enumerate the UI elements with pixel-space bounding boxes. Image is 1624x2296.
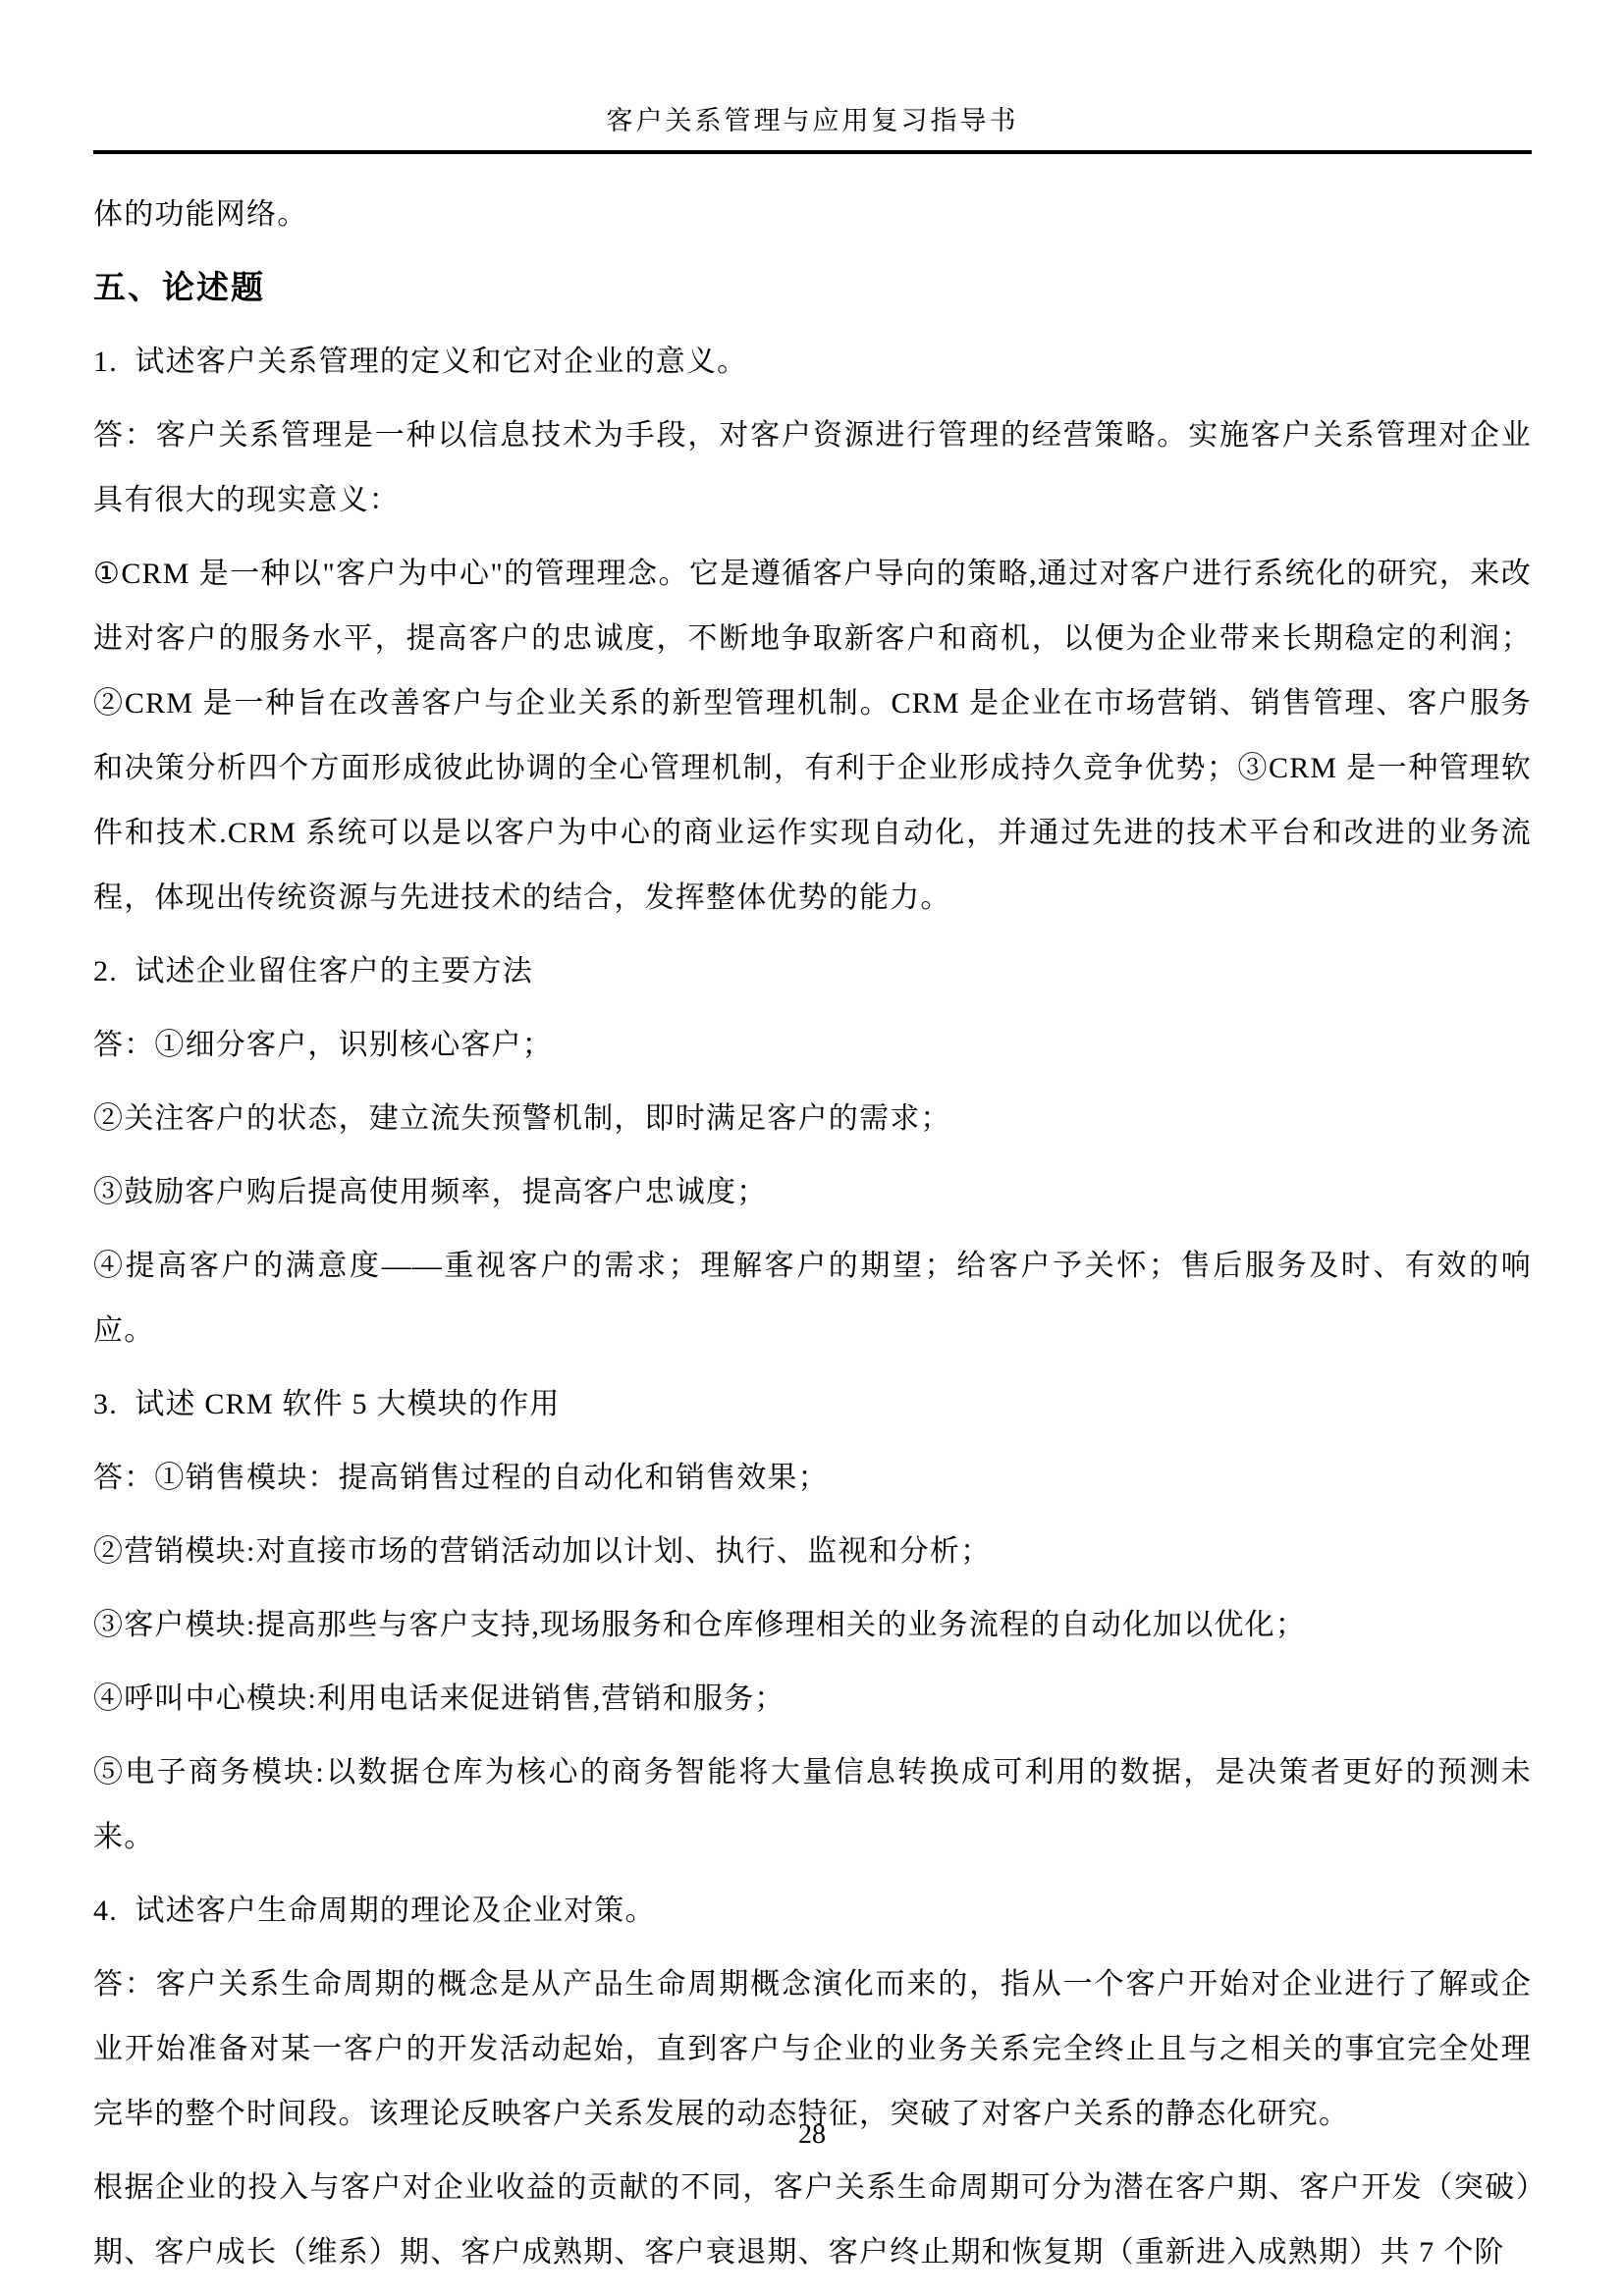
question-3: 3. 试述 CRM 软件 5 大模块的作用 (93, 1372, 1532, 1437)
answer-4-paragraph-2: 根据企业的投入与客户对企业收益的贡献的不同，客户关系生命周期可分为潜在客户期、客… (93, 2156, 1532, 2285)
running-header-title: 客户关系管理与应用复习指导书 (93, 0, 1532, 137)
answer-1-points: ①CRM 是一种以"客户为中心"的管理理念。它是遵循客户导向的策略,通过对客户进… (93, 542, 1532, 931)
answer-3-point-3: ③客户模块:提高那些与客户支持,现场服务和仓库修理相关的业务流程的自动化加以优化… (93, 1593, 1532, 1658)
answer-2-point-4: ④提高客户的满意度——重视客户的需求；理解客户的期望；给客户予关怀；售后服务及时… (93, 1234, 1532, 1363)
document-page: 客户关系管理与应用复习指导书 体的功能网络。 五、论述题 1. 试述客户关系管理… (0, 0, 1624, 2296)
answer-2-point-2: ②关注客户的状态，建立流失预警机制，即时满足客户的需求； (93, 1087, 1532, 1151)
trailing-paragraph: 体的功能网络。 (93, 183, 1532, 247)
answer-3-point-5: ⑤电子商务模块:以数据仓库为核心的商务智能将大量信息转换成可利用的数据，是决策者… (93, 1740, 1532, 1870)
question-2: 2. 试述企业留住客户的主要方法 (93, 939, 1532, 1004)
question-1: 1. 试述客户关系管理的定义和它对企业的意义。 (93, 330, 1532, 395)
answer-2-point-1: 答：①细分客户，识别核心客户； (93, 1013, 1532, 1078)
page-number: 28 (0, 2118, 1624, 2152)
answer-3-point-2: ②营销模块:对直接市场的营销活动加以计划、执行、监视和分析； (93, 1520, 1532, 1584)
page-body: 体的功能网络。 五、论述题 1. 试述客户关系管理的定义和它对企业的意义。 答：… (93, 183, 1532, 2294)
answer-3-point-4: ④呼叫中心模块:利用电话来促进销售,营销和服务； (93, 1667, 1532, 1732)
answer-1-intro: 答：客户关系管理是一种以信息技术为手段，对客户资源进行管理的经营策略。实施客户关… (93, 403, 1532, 533)
answer-2-point-3: ③鼓励客户购后提高使用频率，提高客户忠诚度； (93, 1160, 1532, 1225)
page-header: 客户关系管理与应用复习指导书 (93, 0, 1532, 154)
section-heading-essay-questions: 五、论述题 (93, 256, 1532, 321)
answer-3-point-1: 答：①销售模块：提高销售过程的自动化和销售效果； (93, 1446, 1532, 1511)
question-4: 4. 试述客户生命周期的理论及企业对策。 (93, 1879, 1532, 1944)
header-rule (93, 150, 1532, 154)
